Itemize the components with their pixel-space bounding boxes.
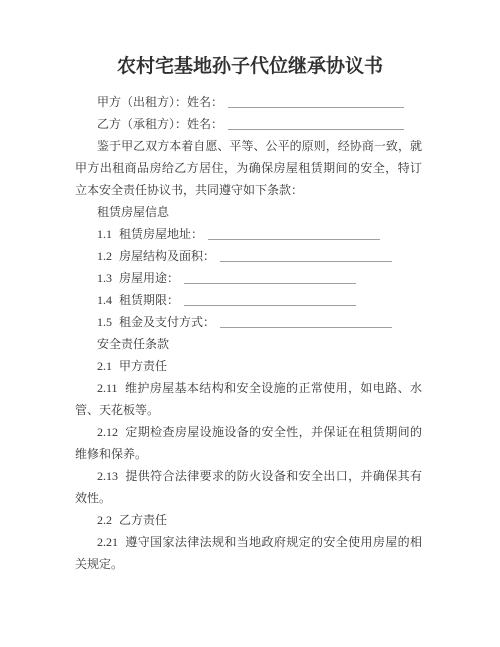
clause-1-4-label: 租赁期限： xyxy=(119,293,179,307)
clause-2-11-number: 2.11 xyxy=(97,381,118,395)
clause-1-1-label: 租赁房屋地址： xyxy=(119,227,203,241)
clause-1-3-number: 1.3 xyxy=(97,271,112,285)
clause-2-2-number: 2.2 xyxy=(97,513,112,527)
clause-1-2-row: 1.2房屋结构及面积： xyxy=(75,245,422,267)
clause-1-2-blank xyxy=(220,250,392,262)
clause-1-3-blank xyxy=(184,272,356,284)
clause-2-13-label: 提供符合法律要求的防火设备和安全出口，并确保其有效性。 xyxy=(75,469,422,505)
clause-2-21-label: 遵守国家法律法规和当地政府规定的安全使用房屋的相关规定。 xyxy=(75,535,422,571)
clause-1-4-row: 1.4租赁期限： xyxy=(75,289,422,311)
party-a-label: 甲方（出租方）：姓名： xyxy=(97,95,223,109)
clause-2-11-label: 维护房屋基本结构和安全设施的正常使用，如电路、水管、天花板等。 xyxy=(75,381,422,417)
party-b-row: 乙方（承租方）：姓名： xyxy=(75,113,422,135)
clause-1-4-number: 1.4 xyxy=(97,293,112,307)
clause-2-1-label: 甲方责任 xyxy=(119,359,167,373)
clause-2-2-row: 2.2乙方责任 xyxy=(75,509,422,531)
party-b-name-blank xyxy=(228,118,404,130)
clause-2-1-row: 2.1甲方责任 xyxy=(75,355,422,377)
clause-1-2-number: 1.2 xyxy=(97,249,112,263)
clause-2-12-row: 2.12定期检查房屋设施设备的安全性，并保证在租赁期间的维修和保养。 xyxy=(75,421,422,465)
clause-1-5-blank xyxy=(220,316,392,328)
clause-2-13-row: 2.13提供符合法律要求的防火设备和安全出口，并确保其有效性。 xyxy=(75,465,422,509)
clause-1-5-number: 1.5 xyxy=(97,315,112,329)
clause-1-1-blank xyxy=(208,228,380,240)
section-2-heading: 安全责任条款 xyxy=(75,333,422,355)
clause-1-5-row: 1.5租金及支付方式： xyxy=(75,311,422,333)
clause-2-21-row: 2.21遵守国家法律法规和当地政府规定的安全使用房屋的相关规定。 xyxy=(75,531,422,575)
contract-document-page: 农村宅基地孙子代位继承协议书 甲方（出租方）：姓名： 乙方（承租方）：姓名： 鉴… xyxy=(0,0,500,647)
clause-1-1-number: 1.1 xyxy=(97,227,112,241)
clause-1-5-label: 租金及支付方式： xyxy=(119,315,215,329)
clause-2-12-number: 2.12 xyxy=(97,425,118,439)
party-a-name-blank xyxy=(228,96,404,108)
clause-1-1-row: 1.1租赁房屋地址： xyxy=(75,223,422,245)
section-1-heading: 租赁房屋信息 xyxy=(75,201,422,223)
document-title: 农村宅基地孙子代位继承协议书 xyxy=(0,54,500,80)
clause-2-1-number: 2.1 xyxy=(97,359,112,373)
preamble-paragraph: 鉴于甲乙双方本着自愿、平等、公平的原则，经协商一致，就甲方出租商品房给乙方居住，… xyxy=(75,135,422,201)
clause-2-12-label: 定期检查房屋设施设备的安全性，并保证在租赁期间的维修和保养。 xyxy=(75,425,422,461)
document-content: 甲方（出租方）：姓名： 乙方（承租方）：姓名： 鉴于甲乙双方本着自愿、平等、公平… xyxy=(75,91,422,575)
party-b-label: 乙方（承租方）：姓名： xyxy=(97,117,223,131)
clause-2-21-number: 2.21 xyxy=(97,535,118,549)
clause-2-11-row: 2.11维护房屋基本结构和安全设施的正常使用，如电路、水管、天花板等。 xyxy=(75,377,422,421)
clause-1-4-blank xyxy=(184,294,356,306)
clause-2-2-label: 乙方责任 xyxy=(119,513,167,527)
clause-1-3-label: 房屋用途： xyxy=(119,271,179,285)
party-a-row: 甲方（出租方）：姓名： xyxy=(75,91,422,113)
clause-1-2-label: 房屋结构及面积： xyxy=(119,249,215,263)
clause-1-3-row: 1.3房屋用途： xyxy=(75,267,422,289)
clause-2-13-number: 2.13 xyxy=(97,469,118,483)
